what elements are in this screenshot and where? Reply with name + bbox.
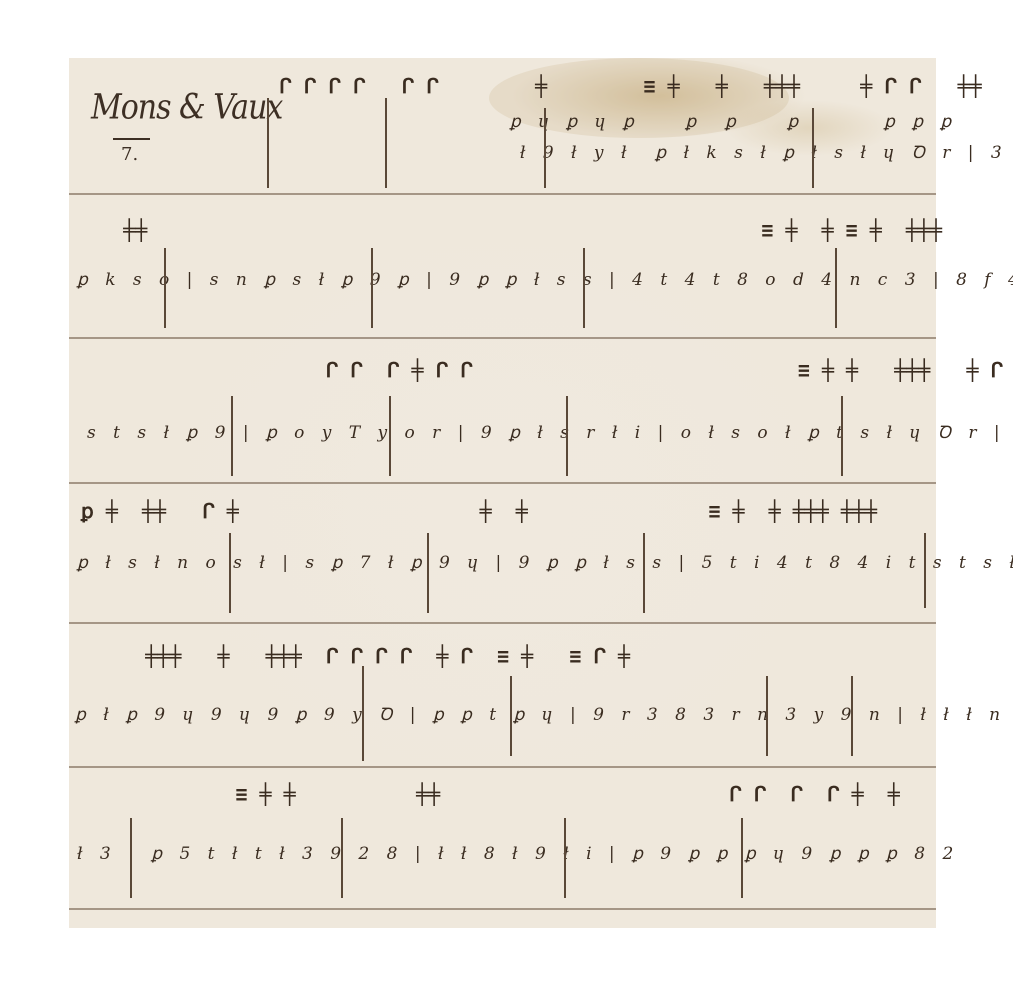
bar-line — [427, 533, 429, 613]
tablature-system-2: ╪╪ ≡ ╪ ╪ ≡ ╪ ╪╪╪ ꝑ k s o | s n ꝑ s ł ꝑ 9… — [69, 208, 936, 333]
bar-line — [544, 108, 546, 188]
bar-line — [267, 98, 269, 188]
tablature-line: ꝑ ł s ł n o s ł | s ꝑ 7 ł ꝑ 9 ɥ | 9 ꝑ ꝑ … — [77, 553, 1013, 573]
bar-line — [231, 396, 233, 476]
bar-line — [741, 818, 743, 898]
rhythm-flags: ╪╪ ≡ ╪ ╪ ≡ ╪ ╪╪╪ — [99, 218, 942, 242]
rhythm-flags: ╪╪╪ ╪ ╪╪╪ ᒋ ᒋ ᒋ ᒋ ╪ ᒋ ≡ ╪ ≡ ᒋ ╪ — [109, 644, 630, 668]
bar-line — [510, 676, 512, 756]
staff-rule — [69, 908, 936, 910]
tablature-line: ꝑ k s o | s n ꝑ s ł ꝑ 9 ꝑ | 9 ꝑ ꝑ ł s s … — [77, 270, 1013, 290]
bar-line — [130, 818, 132, 898]
bar-line — [362, 666, 364, 761]
tablature-line: ꝑ ł ꝑ 9 ɥ 9 ɥ 9 ꝑ 9 y Ꝺ | ꝑ ꝑ t ꝑ ɥ | 9 … — [75, 702, 1013, 725]
bar-line — [766, 676, 768, 756]
bar-line — [841, 396, 843, 476]
rhythm-flags: ≡ ╪ ╪ ╪╪ ᒋ ᒋ ᒋ ᒋ ╪ ╪ — [139, 782, 900, 806]
tablature-line: ꝑ ɥ ꝑ ɥ ꝑ ꝑ ꝑ ꝑ ꝑ ꝑ ꝑ — [259, 112, 957, 132]
staff-rule — [69, 482, 936, 484]
bar-line — [371, 248, 373, 328]
tablature-system-5: ╪╪╪ ╪ ╪╪╪ ᒋ ᒋ ᒋ ᒋ ╪ ᒋ ≡ ╪ ≡ ᒋ ╪ ꝑ ł ꝑ 9 … — [69, 636, 936, 764]
rhythm-flags: ᒋ ᒋ ᒋ ╪ ᒋ ᒋ ≡ ╪ ╪ ╪╪╪ ╪ ᒋ ᒋ ╪ — [169, 358, 1013, 382]
tablature-system-6: ≡ ╪ ╪ ╪╪ ᒋ ᒋ ᒋ ᒋ ╪ ╪ ł 3 | ꝑ 5 t ł t ł 3… — [69, 778, 936, 906]
manuscript-page: Mons & Vaux 7. ᒋ ᒋ ᒋ ᒋ ᒋ ᒋ ╪ ≡ ╪ ╪ ╪╪╪ ╪… — [69, 58, 936, 928]
tablature-system-4: ꝑ ╪ ╪╪ ᒋ ╪ ╪ ╪ ≡ ╪ ╪ ╪╪╪ ╪╪╪ ꝑ ł s ł n o… — [69, 493, 936, 621]
staff-rule — [69, 766, 936, 768]
tablature-line: s t s ł ꝑ 9 | ꝑ o y T y o r | 9 ꝑ ł s r … — [87, 420, 1013, 443]
bar-line — [389, 396, 391, 476]
bar-line — [341, 818, 343, 898]
bar-line — [812, 108, 814, 188]
bar-line — [924, 533, 926, 608]
bar-line — [566, 396, 568, 476]
tablature-line: ł 9 ł y ł ꝑ ł k s ł ꝑ ł s ł ɥ Ꝺ r | 3 ł … — [269, 140, 1013, 163]
bar-line — [643, 533, 645, 613]
staff-rule — [69, 622, 936, 624]
bar-line — [229, 533, 231, 613]
bar-line — [564, 818, 566, 898]
bar-line — [385, 98, 387, 188]
bar-line — [583, 248, 585, 328]
bar-line — [851, 676, 853, 756]
staff-rule — [69, 193, 936, 195]
tablature-system-3: ᒋ ᒋ ᒋ ╪ ᒋ ᒋ ≡ ╪ ╪ ╪╪╪ ╪ ᒋ ᒋ ╪ s t s ł ꝑ … — [69, 350, 936, 478]
rhythm-flags: ᒋ ᒋ ᒋ ᒋ ᒋ ᒋ ╪ ≡ ╪ ╪ ╪╪╪ ╪ ᒋ ᒋ ╪╪ — [279, 74, 982, 98]
rhythm-flags: ꝑ ╪ ╪╪ ᒋ ╪ ╪ ╪ ≡ ╪ ╪ ╪╪╪ ╪╪╪ — [81, 499, 877, 523]
bar-line — [164, 248, 166, 328]
staff-rule — [69, 337, 936, 339]
tablature-system-1: ᒋ ᒋ ᒋ ᒋ ᒋ ᒋ ╪ ≡ ╪ ╪ ╪╪╪ ╪ ᒋ ᒋ ╪╪ ꝑ ɥ ꝑ ɥ… — [69, 68, 936, 193]
bar-line — [835, 248, 837, 328]
tablature-line: ł 3 | ꝑ 5 t ł t ł 3 9 2 8 | ł ł 8 ł 9 ł … — [77, 844, 959, 864]
